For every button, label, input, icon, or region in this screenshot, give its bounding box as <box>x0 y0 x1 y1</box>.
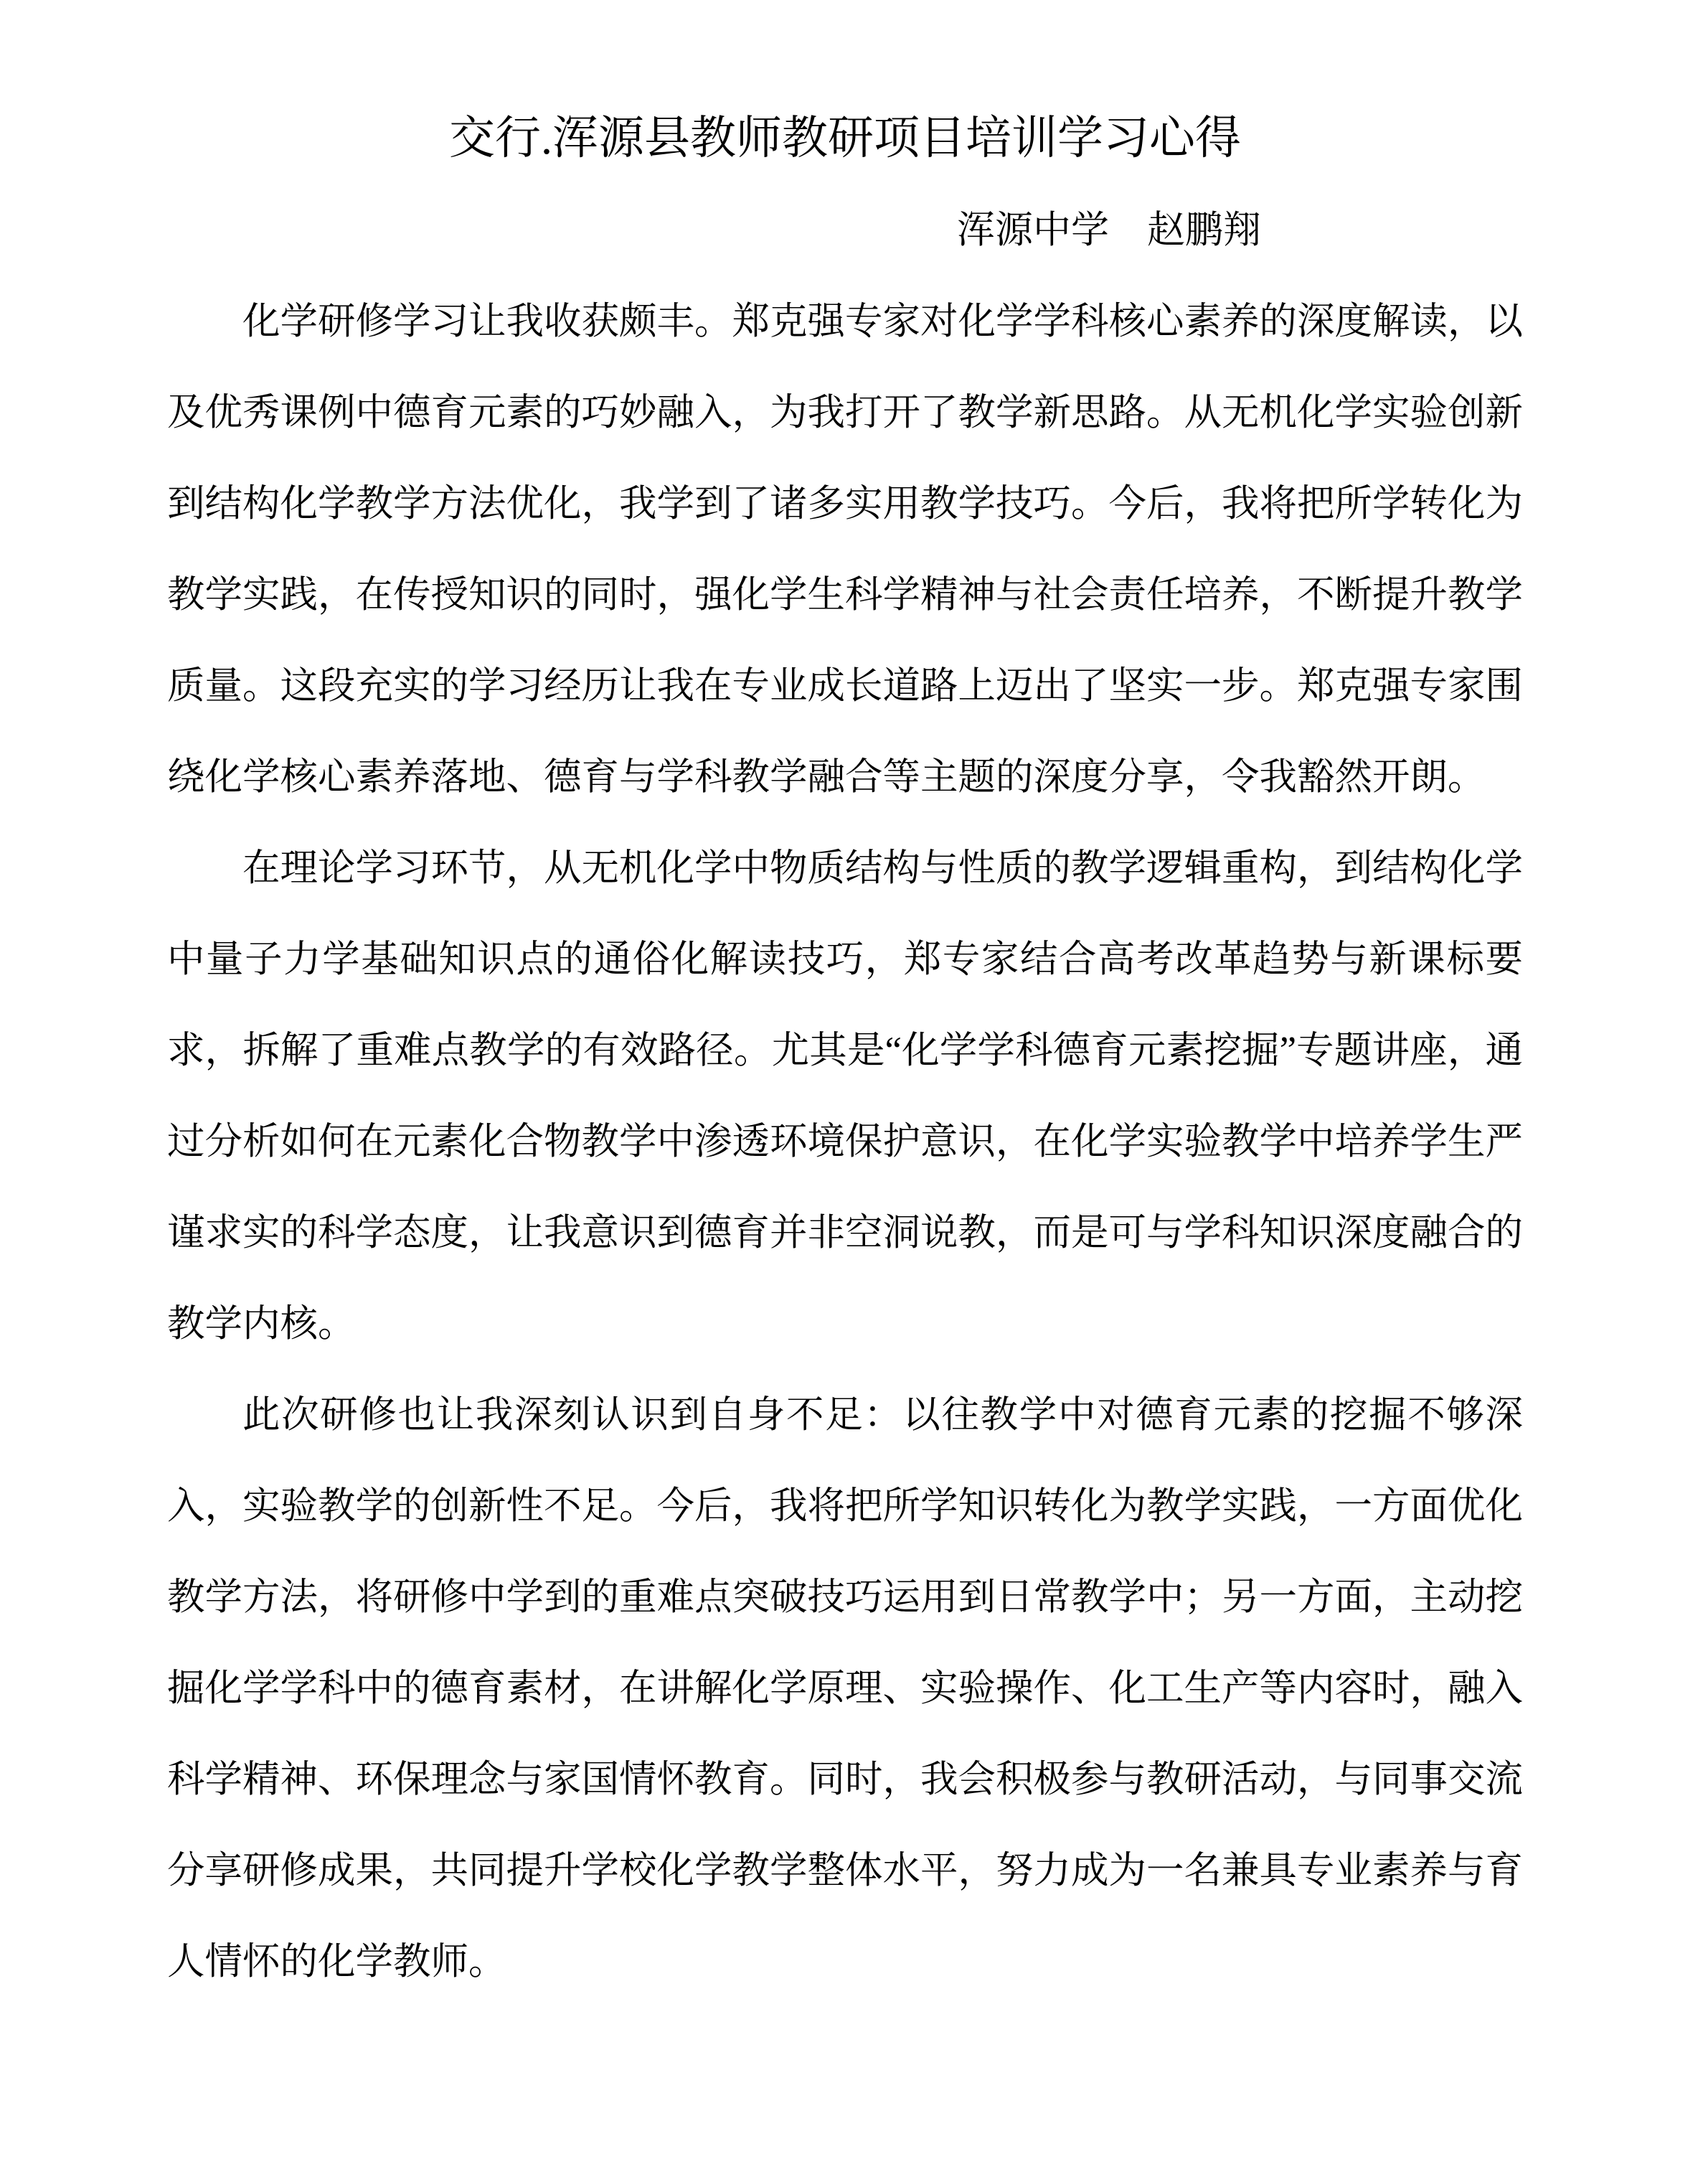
document-title: 交行.浑源县教师教研项目培训学习心得 <box>167 92 1523 185</box>
paragraph-2: 在理论学习环节，从无机化学中物质结构与性质的教学逻辑重构，到结构化学中量子力学基… <box>167 823 1523 1370</box>
document-content: 交行.浑源县教师教研项目培训学习心得 浑源中学 赵鹏翔 化学研修学习让我收获颇丰… <box>167 0 1523 2008</box>
document-byline: 浑源中学 赵鹏翔 <box>695 185 1523 276</box>
paragraph-1: 化学研修学习让我收获颇丰。郑克强专家对化学学科核心素养的深度解读，以及优秀课例中… <box>167 276 1523 823</box>
paragraph-3: 此次研修也让我深刻认识到自身不足：以往教学中对德育元素的挖掘不够深入，实验教学的… <box>167 1370 1523 2008</box>
page: 交行.浑源县教师教研项目培训学习心得 浑源中学 赵鹏翔 化学研修学习让我收获颇丰… <box>0 0 1708 2159</box>
document-page: { "document": { "title": "交行.浑源县教师教研项目培训… <box>0 0 1708 2159</box>
document-body: 化学研修学习让我收获颇丰。郑克强专家对化学学科核心素养的深度解读，以及优秀课例中… <box>167 276 1523 2008</box>
